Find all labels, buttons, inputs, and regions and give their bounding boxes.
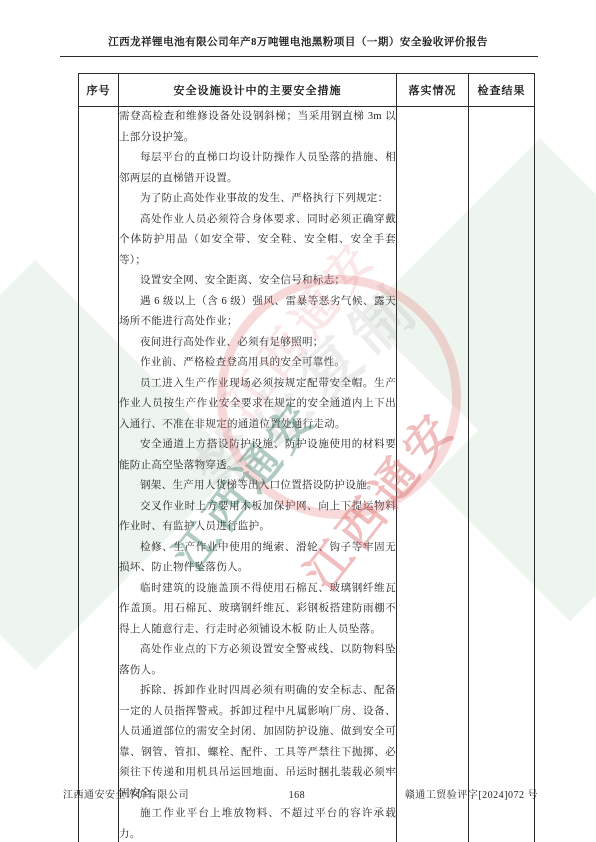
measure-paragraph: 每层平台的直梯口均设计防操作人员坠落的措施、相邻两层的直梯错开设置。 <box>119 148 396 189</box>
footer-page-number: 168 <box>289 790 306 801</box>
col-header-status: 落实情况 <box>397 74 469 107</box>
measure-paragraph: 遇 6 级以上（含 6 级）强风、雷暴等恶劣气候、露天场所不能进行高处作业； <box>119 292 396 333</box>
col-header-measures: 安全设施设计中的主要安全措施 <box>119 74 397 107</box>
measure-paragraph: 安全通道上方搭设防护设施、防护设施使用的材料要能防止高空坠落物穿透。 <box>119 435 396 476</box>
seq-cell <box>79 107 119 842</box>
safety-measures-table: 序号 安全设施设计中的主要安全措施 落实情况 检查结果 需登高检查和维修设备处设… <box>78 73 535 842</box>
col-header-seq: 序号 <box>79 74 119 107</box>
header-rule <box>60 56 538 57</box>
table-row: 需登高检查和维修设备处设钢斜梯；当采用钢直梯 3m 以上部分设护笼。 每层平台的… <box>79 107 535 842</box>
status-cell <box>397 107 469 842</box>
measure-paragraph: 钢架、生产用人货梯等出入口位置搭设防护设施。 <box>119 476 396 497</box>
col-header-result: 检查结果 <box>469 74 535 107</box>
footer-company: 江西通安安全评价有限公司 <box>63 786 189 801</box>
document-footer: 江西通安安全评价有限公司 168 赣通工贸验评字[2024]072 号 <box>63 786 538 801</box>
measure-paragraph: 检修、生产作业中使用的绳索、滑轮、钩子等牢固无损坏、防止物件坠落伤人。 <box>119 538 396 579</box>
measure-paragraph: 施工作业平台上堆放物料、不超过平台的容许承载力。 <box>119 804 396 842</box>
document-header-title: 江西龙祥锂电池有限公司年产8万吨锂电池黑粉项目（一期）安全验收评价报告 <box>28 34 568 49</box>
measure-paragraph: 设置安全网、安全距离、安全信号和标志； <box>119 271 396 292</box>
measure-paragraph: 高处作业点的下方必须设置安全警戒线、以防物料坠落伤人。 <box>119 640 396 681</box>
measure-paragraph: 高处作业人员必须符合身体要求、同时必须正确穿戴个体防护用品（如安全带、安全鞋、安… <box>119 210 396 272</box>
measure-paragraph: 夜间进行高处作业、必须有足够照明； <box>119 333 396 354</box>
measure-paragraph: 员工进入生产作业现场必须按规定配带安全帽。生产作业人员按生产作业安全要求在规定的… <box>119 374 396 436</box>
footer-doc-number: 赣通工贸验评字[2024]072 号 <box>405 786 538 801</box>
measure-paragraph: 为了防止高处作业事故的发生、严格执行下列规定： <box>119 189 396 210</box>
measure-paragraph: 临时建筑的设施盖顶不得使用石棉瓦、玻璃钢纤维瓦作盖顶。用石棉瓦、玻璃钢纤维瓦、彩… <box>119 579 396 641</box>
result-cell <box>469 107 535 842</box>
measure-paragraph: 作业前、严格检查登高用具的安全可靠性。 <box>119 353 396 374</box>
measure-paragraph: 需登高检查和维修设备处设钢斜梯；当采用钢直梯 3m 以上部分设护笼。 <box>119 107 396 148</box>
document-page: 江西龙祥锂电池有限公司年产8万吨锂电池黑粉项目（一期）安全验收评价报告 序号 安… <box>0 0 596 842</box>
measure-paragraph: 交叉作业时上方要用木板加保护网、向上下提运物料作业时、有监护人员进行监护。 <box>119 497 396 538</box>
measures-cell: 需登高检查和维修设备处设钢斜梯；当采用钢直梯 3m 以上部分设护笼。 每层平台的… <box>119 107 397 842</box>
table-header-row: 序号 安全设施设计中的主要安全措施 落实情况 检查结果 <box>79 74 535 107</box>
